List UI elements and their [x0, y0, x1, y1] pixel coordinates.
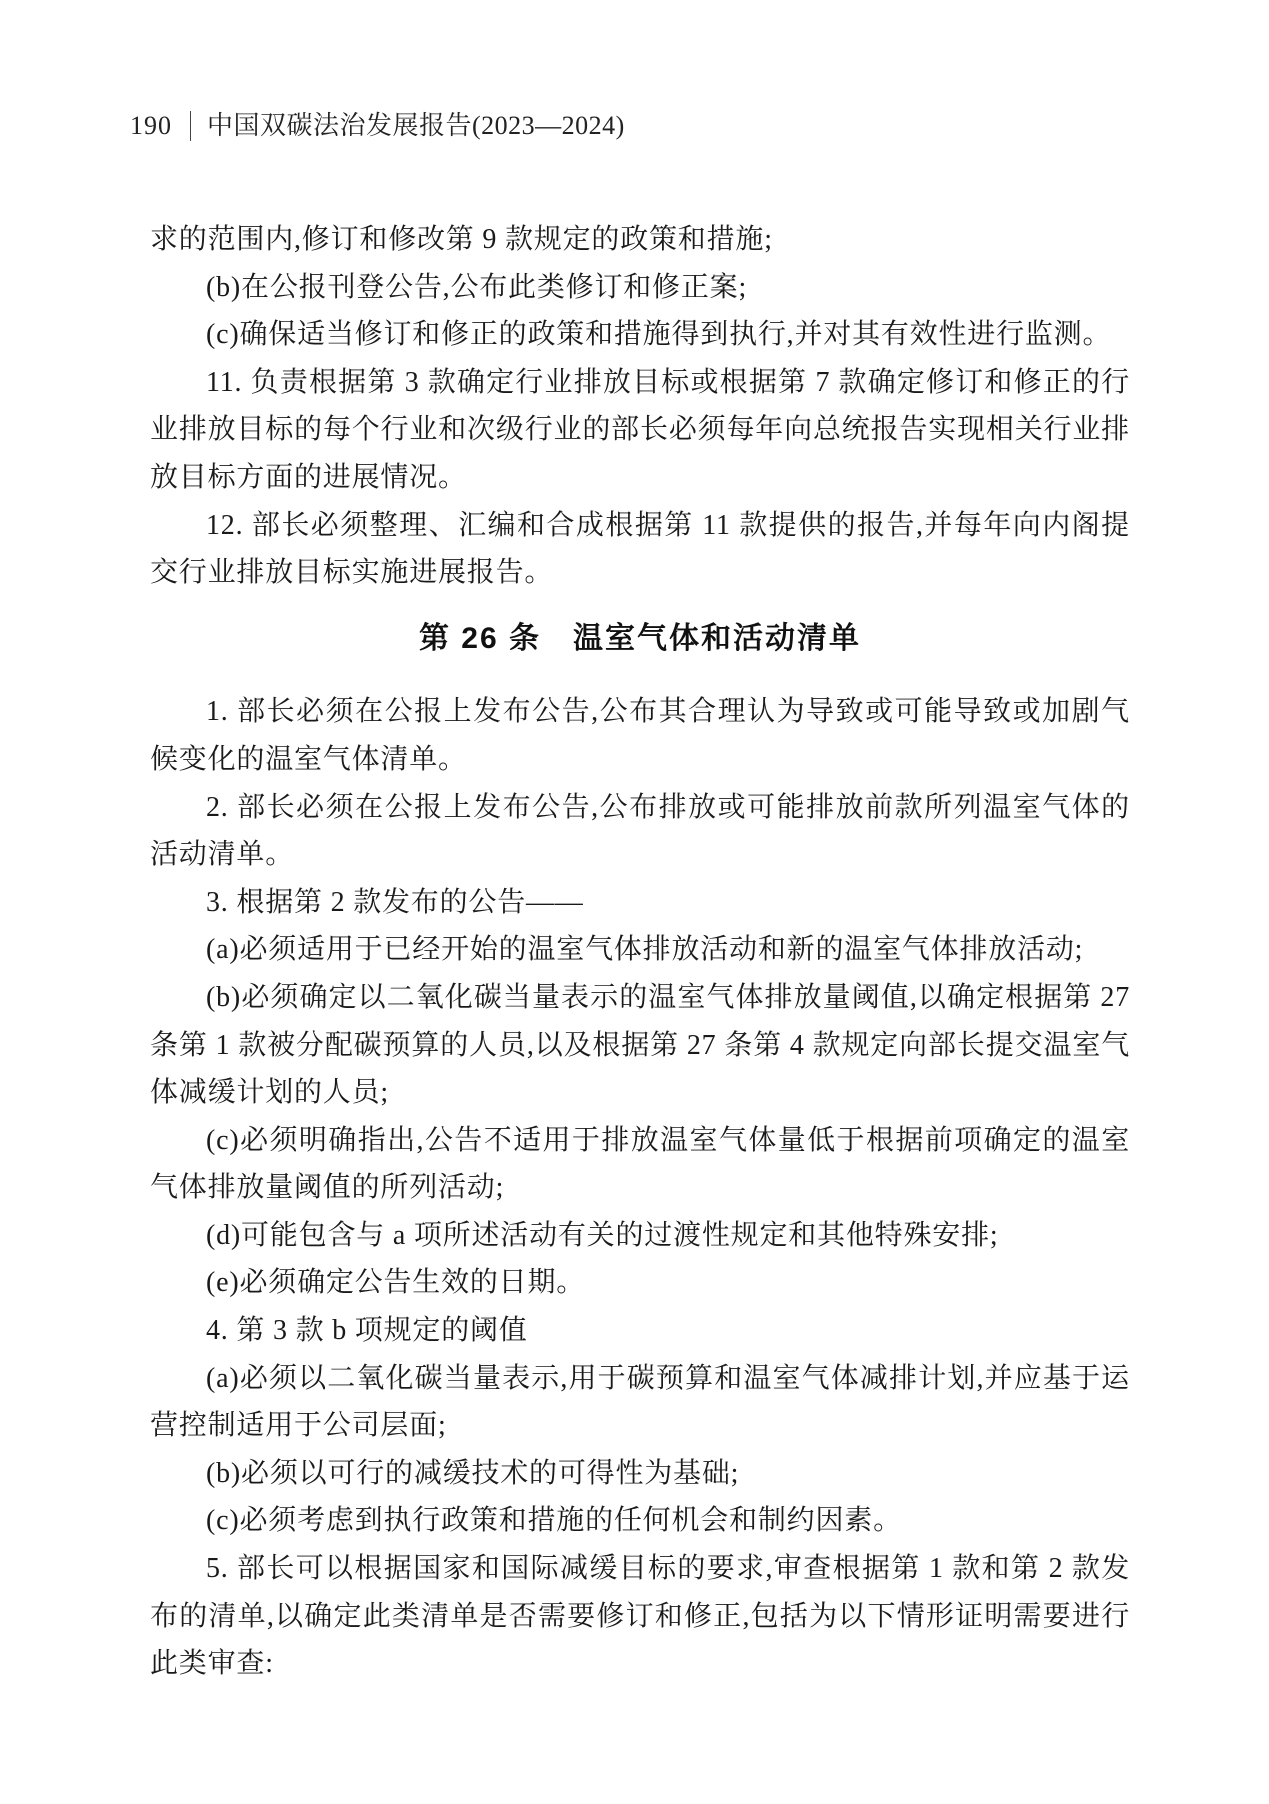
paragraph: 5. 部长可以根据国家和国际减缓目标的要求,审查根据第 1 款和第 2 款发布的… [150, 1545, 1130, 1688]
paragraph: (c)必须明确指出,公告不适用于排放温室气体量低于根据前项确定的温室气体排放量阈… [150, 1117, 1130, 1212]
paragraph: 3. 根据第 2 款发布的公告—— [150, 879, 1130, 927]
book-title: 中国双碳法治发展报告(2023—2024) [207, 108, 625, 144]
paragraph: (c)必须考虑到执行政策和措施的任何机会和制约因素。 [150, 1497, 1130, 1545]
page-header: 190 中国双碳法治发展报告(2023—2024) [130, 108, 625, 144]
paragraph: (a)必须以二氧化碳当量表示,用于碳预算和温室气体减排计划,并应基于运营控制适用… [150, 1355, 1130, 1450]
paragraph: (a)必须适用于已经开始的温室气体排放活动和新的温室气体排放活动; [150, 926, 1130, 974]
page-number: 190 [130, 108, 172, 144]
paragraph: 4. 第 3 款 b 项规定的阈值 [150, 1307, 1130, 1355]
paragraph: 12. 部长必须整理、汇编和合成根据第 11 款提供的报告,并每年向内阁提交行业… [150, 502, 1130, 597]
paragraph: (b)必须确定以二氧化碳当量表示的温室气体排放量阈值,以确定根据第 27 条第 … [150, 974, 1130, 1117]
paragraph: 求的范围内,修订和修改第 9 款规定的政策和措施; [150, 216, 1130, 264]
document-body: 求的范围内,修订和修改第 9 款规定的政策和措施; (b)在公报刊登公告,公布此… [150, 216, 1130, 1688]
paragraph: (b)必须以可行的减缓技术的可得性为基础; [150, 1450, 1130, 1498]
paragraph: 11. 负责根据第 3 款确定行业排放目标或根据第 7 款确定修订和修正的行业排… [150, 359, 1130, 502]
document-page: 190 中国双碳法治发展报告(2023—2024) 求的范围内,修订和修改第 9… [0, 0, 1269, 1804]
paragraph: 1. 部长必须在公报上发布公告,公布其合理认为导致或可能导致或加剧气候变化的温室… [150, 688, 1130, 783]
header-divider [190, 111, 191, 141]
paragraph: (e)必须确定公告生效的日期。 [150, 1259, 1130, 1307]
paragraph: (d)可能包含与 a 项所述活动有关的过渡性规定和其他特殊安排; [150, 1212, 1130, 1260]
paragraph: 2. 部长必须在公报上发布公告,公布排放或可能排放前款所列温室气体的活动清单。 [150, 784, 1130, 879]
section-heading: 第 26 条 温室气体和活动清单 [150, 615, 1130, 663]
paragraph: (c)确保适当修订和修正的政策和措施得到执行,并对其有效性进行监测。 [150, 311, 1130, 359]
paragraph: (b)在公报刊登公告,公布此类修订和修正案; [150, 264, 1130, 312]
